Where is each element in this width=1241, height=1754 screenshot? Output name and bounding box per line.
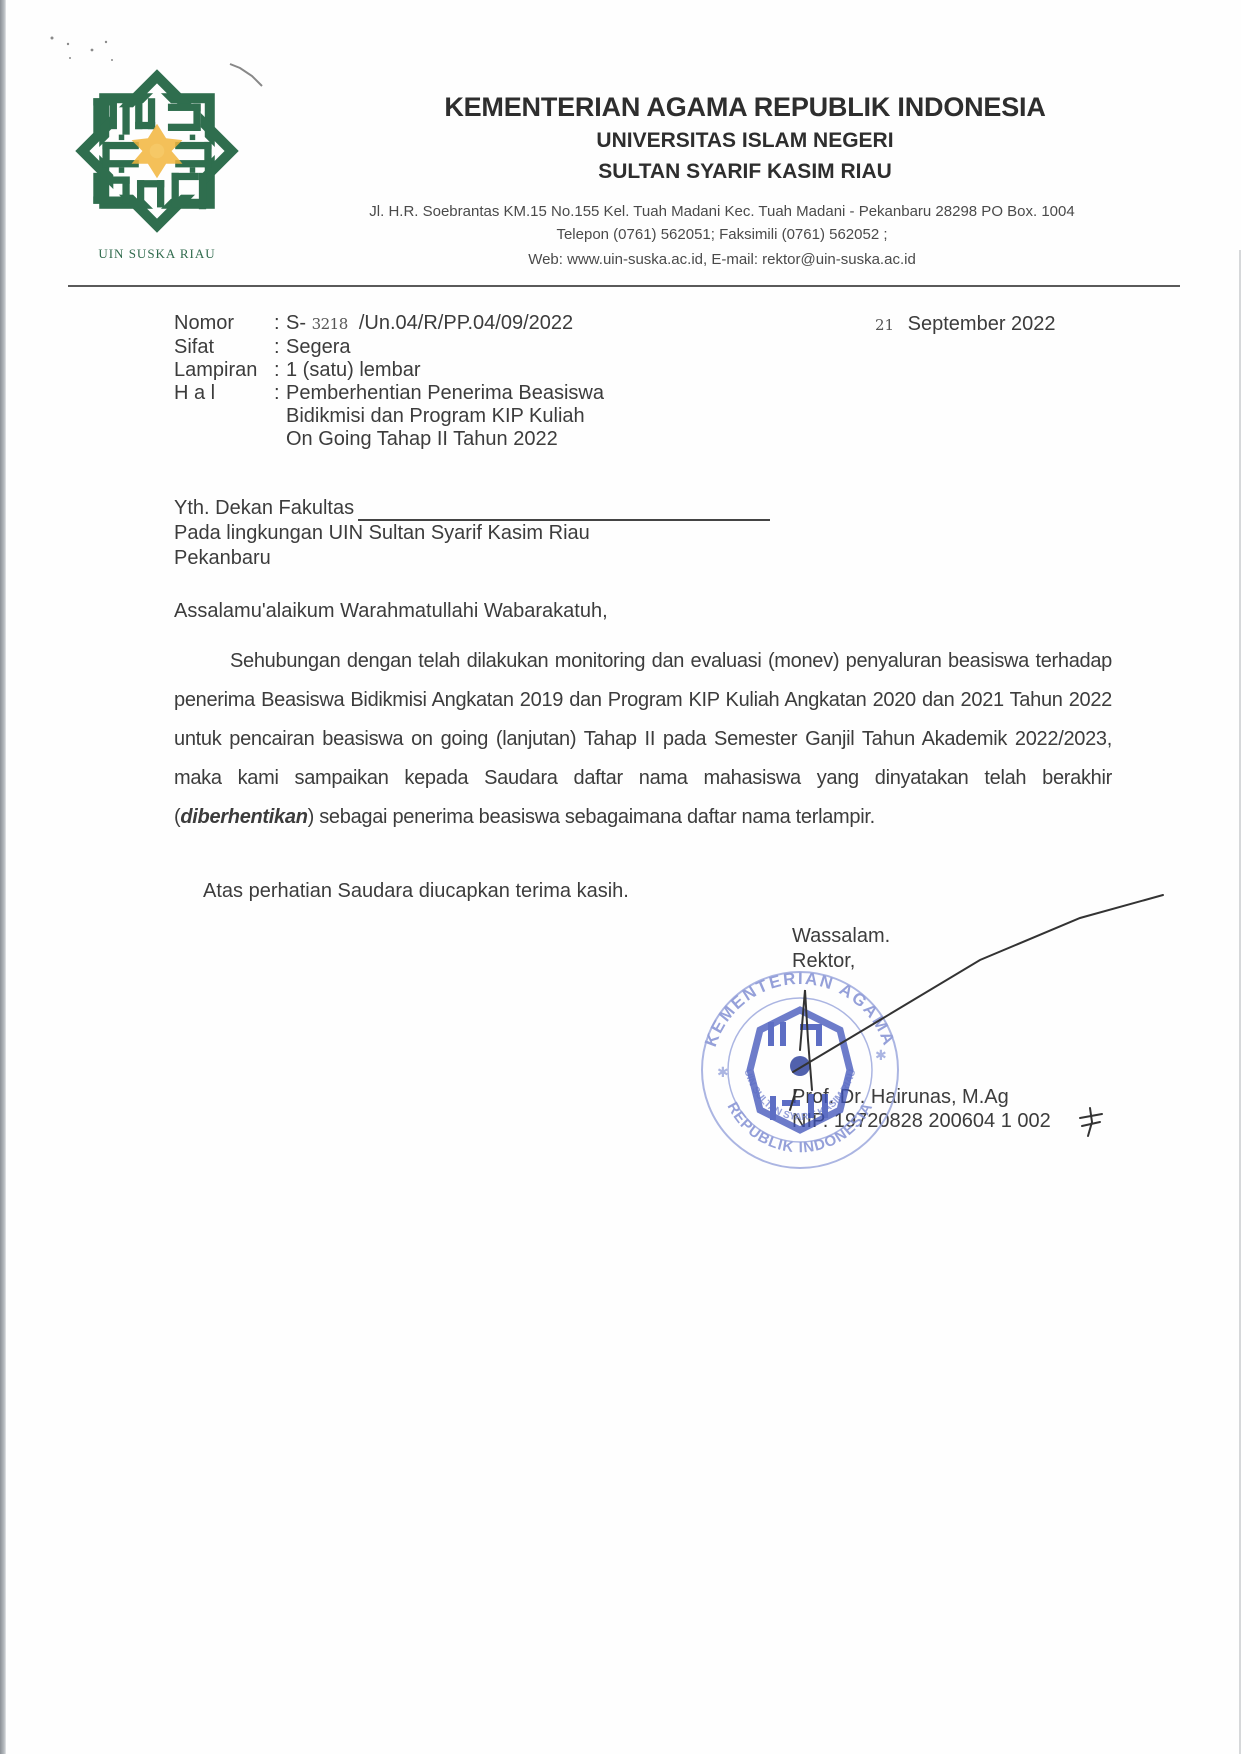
meta-hal: H a l : Pemberhentian Penerima Beasiswa [174,382,604,405]
greeting: Assalamu'alaikum Warahmatullahi Wabaraka… [174,600,608,623]
separator: : [274,312,286,336]
closing-sentence: Atas perhatian Saudara diucapkan terima … [203,880,629,903]
nomor-prefix: S- [286,312,306,334]
nomor-label: Nomor [174,312,274,336]
body-text-before: Sehubungan dengan telah dilakukan monito… [174,650,1112,828]
date-day-handwritten: 21 [875,316,894,334]
sifat-value: Segera [286,336,351,359]
nomor-handwritten: 3218 [312,315,348,333]
web-email: Web: www.uin-suska.ac.id, E-mail: rektor… [262,251,1182,268]
recipient-line-1: Yth. Dekan Fakultas [174,496,770,521]
recipient-line-3: Pekanbaru [174,546,770,571]
lampiran-value: 1 (satu) lembar [286,359,421,382]
letter-date: 21 September 2022 [875,313,1056,336]
phone-fax: Telepon (0761) 562051; Faksimili (0761) … [262,226,1182,243]
signer-nip: NIP. 19720828 200604 1 002 [792,1110,1051,1133]
meta-lampiran: Lampiran : 1 (satu) lembar [174,359,604,382]
body-text-emphasis: diberhentikan [180,806,307,828]
uin-suska-logo [66,60,248,242]
meta-sifat: Sifat : Segera [174,336,604,359]
scan-edge-left [0,0,6,1754]
date-month-year: September 2022 [908,313,1056,335]
sifat-label: Sifat [174,336,274,359]
letterhead-divider [68,285,1180,287]
faculty-blank-line [358,499,770,521]
ministry-name: KEMENTERIAN AGAMA REPUBLIK INDONESIA [275,92,1215,123]
hal-line-1: Pemberhentian Penerima Beasiswa [286,382,604,405]
svg-text:KEMENTERIAN AGAMA: KEMENTERIAN AGAMA [701,969,899,1049]
separator: : [274,359,286,382]
university-name-line1: UNIVERSITAS ISLAM NEGERI [275,129,1215,153]
recipient-line-2: Pada lingkungan UIN Sultan Syarif Kasim … [174,521,770,546]
nomor-value: S- 3218 /Un.04/R/PP.04/09/2022 [286,312,573,336]
body-paragraph: Sehubungan dengan telah dilakukan monito… [174,642,1112,837]
letter-meta: Nomor : S- 3218 /Un.04/R/PP.04/09/2022 S… [174,312,604,451]
recipient-block: Yth. Dekan Fakultas Pada lingkungan UIN … [174,496,770,571]
body-text-after: ) sebagai penerima beasiswa sebagaimana … [308,806,875,828]
svg-text:✱: ✱ [717,1064,729,1080]
lampiran-label: Lampiran [174,359,274,382]
separator: : [274,336,286,359]
signature-salutation: Wassalam. [792,925,890,948]
svg-text:✱: ✱ [875,1047,887,1063]
signer-name: Prof. Dr. Hairunas, M.Ag [792,1086,1009,1109]
hal-label: H a l [174,382,274,405]
logo-caption: UIN SUSKA RIAU [70,246,244,262]
nomor-suffix: /Un.04/R/PP.04/09/2022 [359,312,573,334]
address: Jl. H.R. Soebrantas KM.15 No.155 Kel. Tu… [262,203,1182,220]
hal-line-3: On Going Tahap II Tahun 2022 [174,428,604,451]
recipient-title: Yth. Dekan Fakultas [174,497,354,519]
separator: : [274,382,286,405]
hal-line-2: Bidikmisi dan Program KIP Kuliah [174,405,604,428]
official-stamp: KEMENTERIAN AGAMA REPUBLIK INDONESIA UIN… [701,969,899,1168]
university-name-line2: SULTAN SYARIF KASIM RIAU [275,160,1215,184]
signer-title: Rektor, [792,950,855,973]
meta-nomor: Nomor : S- 3218 /Un.04/R/PP.04/09/2022 [174,312,604,336]
